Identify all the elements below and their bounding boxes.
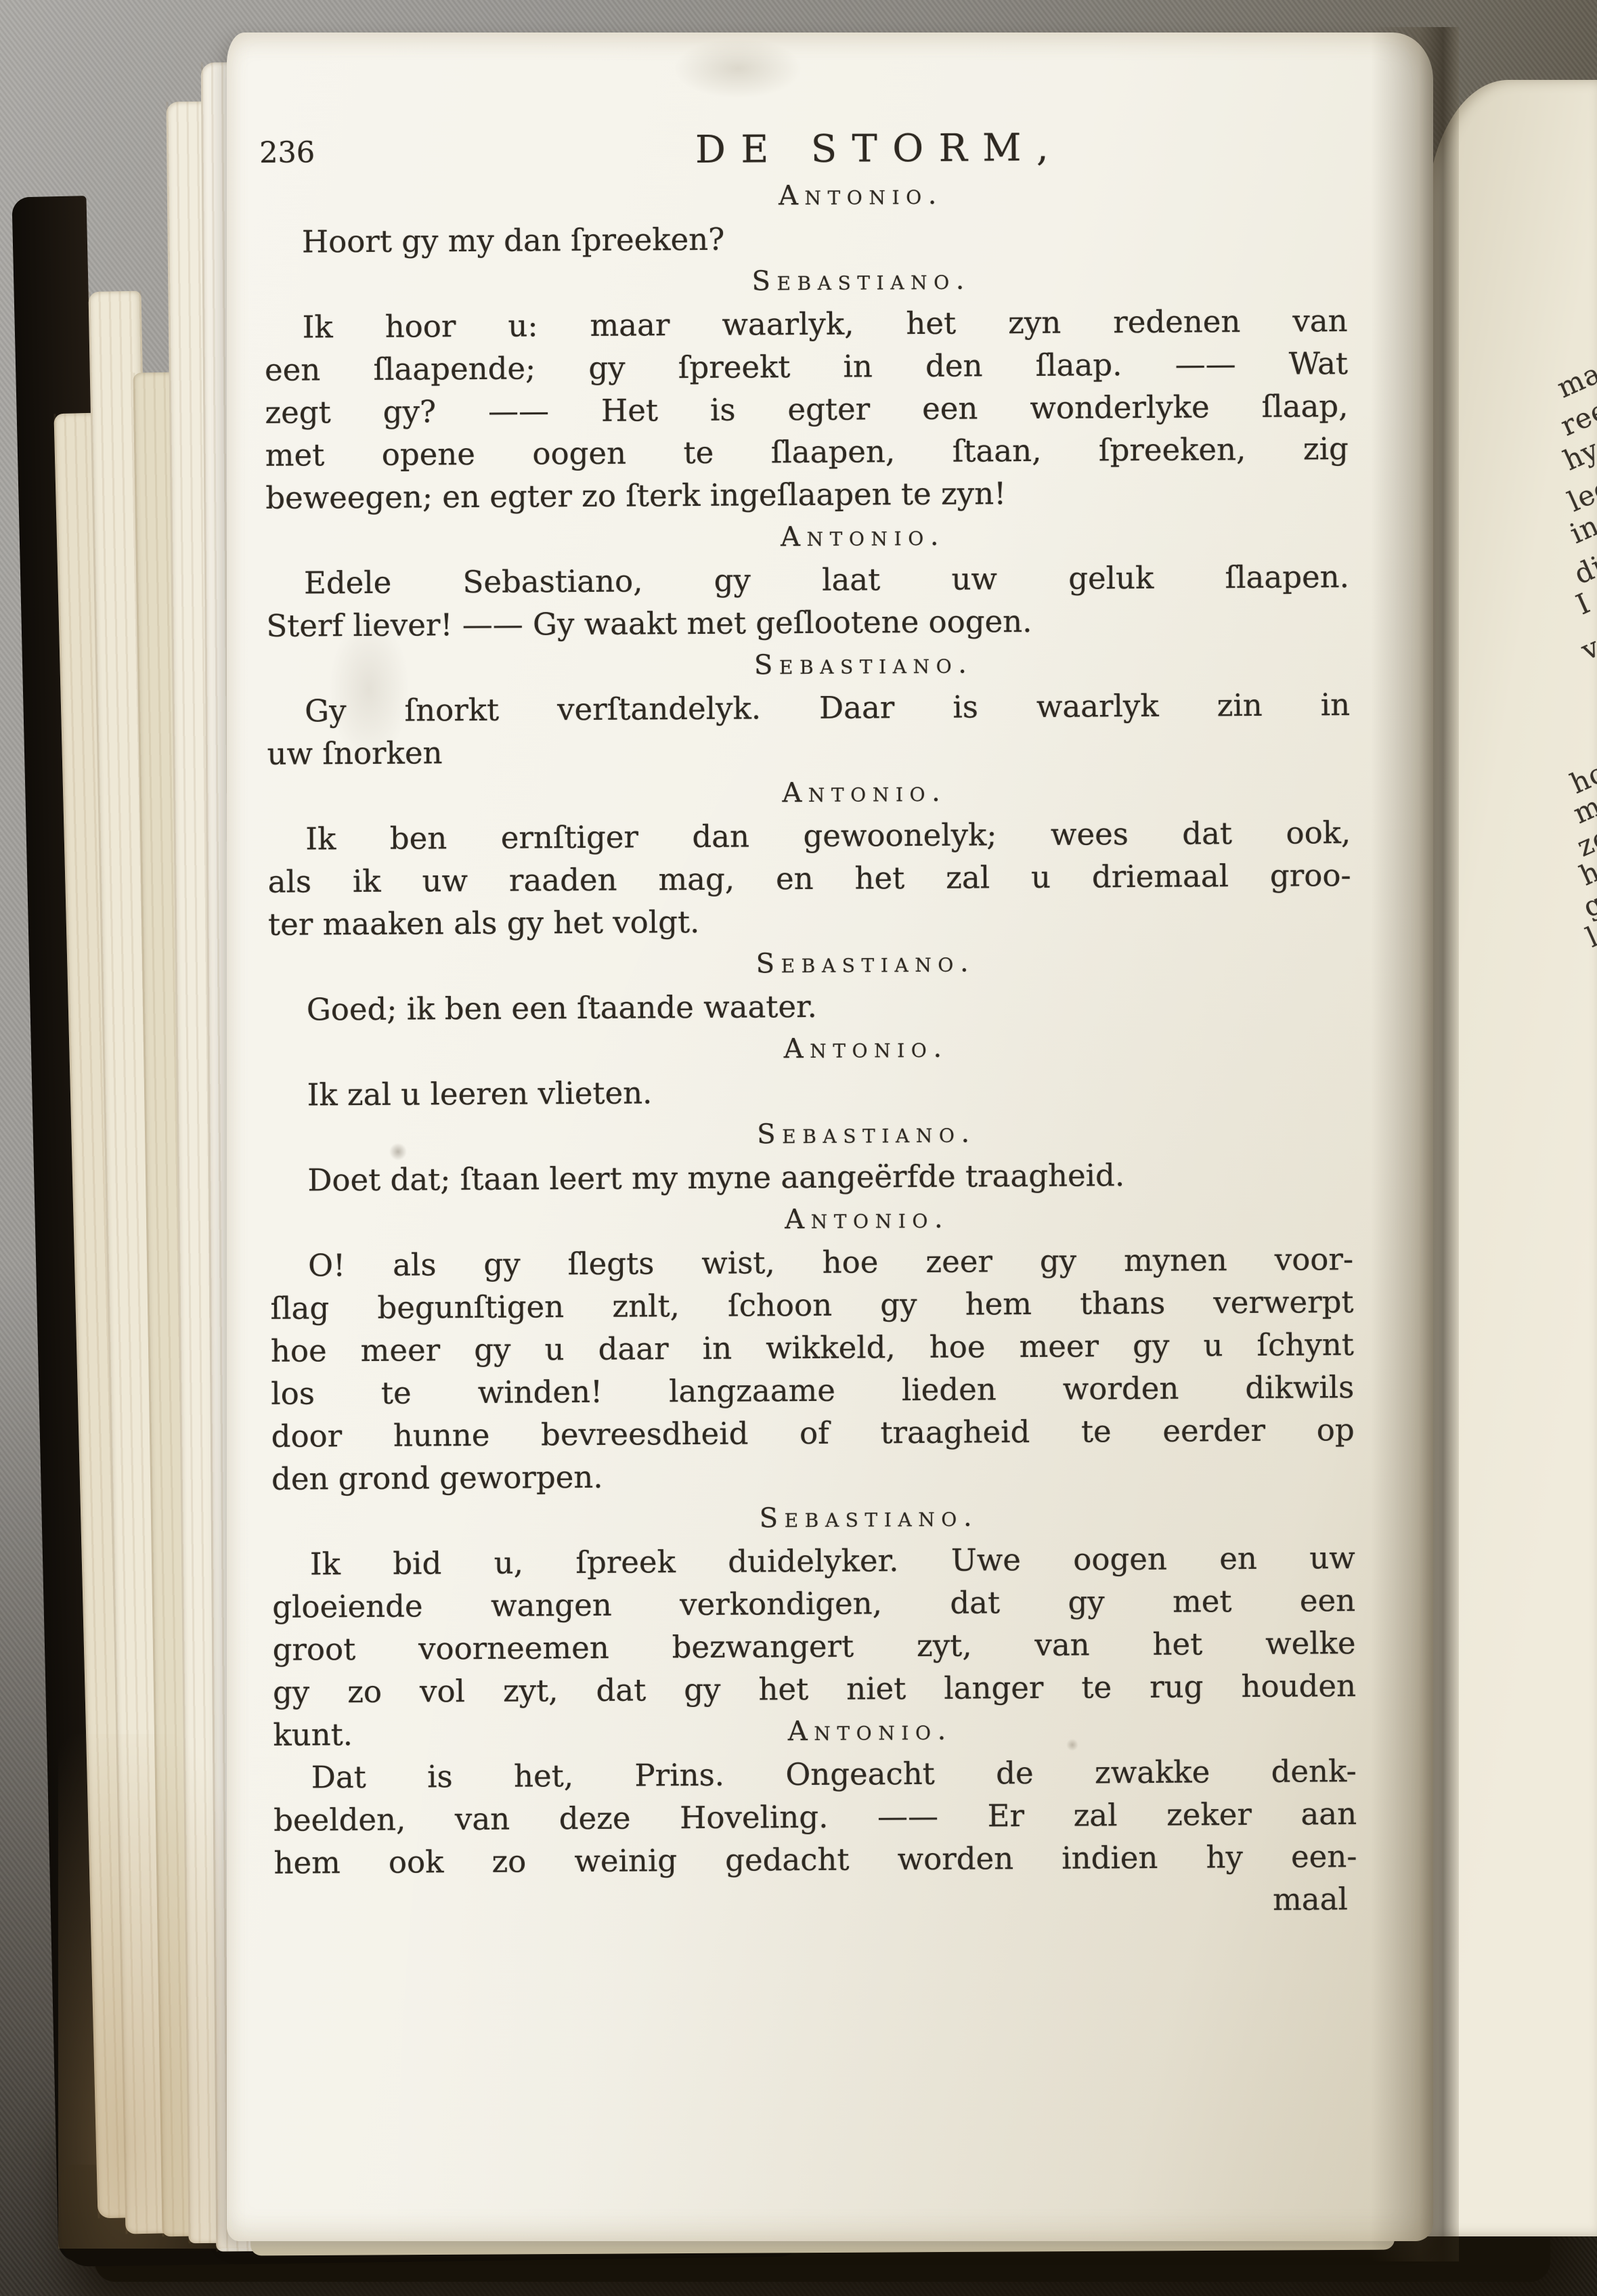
text-line: Hoort gy my dan ſpreeken? [264, 214, 1347, 263]
speaker-heading: Antonio. [324, 1024, 1407, 1074]
facing-page: mareehyleefindieIvanhomzohgl [1427, 80, 1597, 2236]
text-line: een ſlaapende; gy ſpreekt in den ſlaap. … [265, 342, 1348, 391]
text-line: beelden, van deze Hoveling. —— Er zal ze… [274, 1792, 1357, 1842]
text-line: hem ook zo weinig gedacht worden indien … [274, 1835, 1357, 1884]
text-line: gloeiende wangen verkondigen, dat gy met… [272, 1579, 1355, 1628]
text-line: Ik bid u, ſpreek duidelyker. Uwe oogen e… [272, 1536, 1355, 1586]
text-line: Ik zal u leeren vlieten. [269, 1067, 1352, 1117]
text-line: uw ſnorken [267, 726, 1350, 775]
left-page: 236 DE STORM, Antonio.Hoort gy my dan ſp… [227, 33, 1433, 2241]
facing-page-fragment: hy [1558, 433, 1597, 477]
text-line: met opene oogen te ſlaapen, ſtaan, ſpree… [265, 427, 1349, 477]
text-line: ter maaken als gy het volgt. [268, 896, 1351, 946]
speaker-heading: Sebastiano. [327, 1494, 1410, 1543]
text-line: ſlag begunſtigen znlt, ſchoon gy hem tha… [270, 1280, 1353, 1330]
text-line: als ik uw raaden mag, en het zal u driem… [267, 854, 1351, 903]
text-line: O! als gy ſlegts wist, hoe zeer gy mynen… [270, 1238, 1353, 1287]
text-line: den grond geworpen. [271, 1451, 1355, 1500]
text-line: zegt gy? —— Het is egter een wonderlyke … [265, 385, 1348, 434]
text-line: Edele Sebastiano, gy laat uw geluk ſlaap… [266, 555, 1349, 605]
text-line: door hunne bevreesdheid of traagheid te … [271, 1408, 1354, 1458]
speaker-heading: Sebastiano. [325, 1110, 1408, 1159]
text-line: los te winden! langzaame lieden worden d… [271, 1366, 1354, 1415]
photo-background: mareehyleefindieIvanhomzohgl 236 DE STOR… [0, 0, 1597, 2296]
facing-page-fragment: l [1581, 920, 1597, 954]
facing-page-fragment: in [1565, 509, 1597, 550]
speaker-heading: Sebastiano. [320, 257, 1403, 306]
text-line: Dat is het, Prins. Ongeacht de zwakke de… [274, 1750, 1357, 1799]
text-line: hoe meer gy u daar in wikkeld, hoe meer … [271, 1323, 1354, 1372]
text-line: Gy ſnorkt verſtandelyk. Daar is waarlyk … [267, 683, 1350, 733]
catchword: maal [274, 1878, 1357, 1927]
text-line: gy zo vol zyt, dat gy het niet langer te… [273, 1664, 1356, 1714]
text-line: beweegen; en egter zo ſterk ingeſlaapen … [265, 470, 1349, 519]
facing-page-fragment: die [1569, 543, 1597, 591]
speaker-heading: Antonio. [319, 171, 1402, 221]
text-line: Doet dat; ſtaan leert my myne aangeërfde… [269, 1152, 1353, 1202]
text-line: Ik ben ernſtiger dan gewoonelyk; wees da… [267, 811, 1351, 861]
paper-stain [674, 38, 802, 99]
running-title: DE STORM, [338, 123, 1421, 175]
page-number: 236 [259, 130, 315, 175]
speaker-heading: Antonio. [323, 768, 1406, 818]
text-line-word: kunt. [273, 1716, 353, 1753]
dialogue: Antonio.Hoort gy my dan ſpreeken?Sebasti… [263, 171, 1357, 1927]
facing-page-fragment: van [1577, 615, 1597, 666]
speaker-heading: Antonio. [321, 513, 1404, 562]
text-line: Sterf liever! —— Gy waakt met geſlootene… [266, 598, 1349, 647]
facing-page-fragment: I [1571, 587, 1595, 622]
text-line: Ik hoor u: maar waarlyk, het zyn redenen… [264, 299, 1347, 349]
speaker-heading: Sebastiano. [324, 939, 1407, 989]
text-line: groot voorneemen bezwangert zyt, van het… [272, 1622, 1355, 1671]
speaker-heading: Antonio. [326, 1195, 1409, 1244]
text-line: Goed; ik ben een ſtaande waater. [269, 982, 1352, 1031]
speaker-heading: Antonio. [788, 1710, 953, 1753]
speaker-heading: Sebastiano. [322, 641, 1405, 690]
text-line: kunt.Antonio. [273, 1707, 1356, 1756]
page-text-block: 236 DE STORM, Antonio.Hoort gy my dan ſp… [263, 124, 1357, 1927]
page-header: 236 DE STORM, [263, 124, 1347, 175]
facing-page-fragment: g [1578, 887, 1597, 924]
